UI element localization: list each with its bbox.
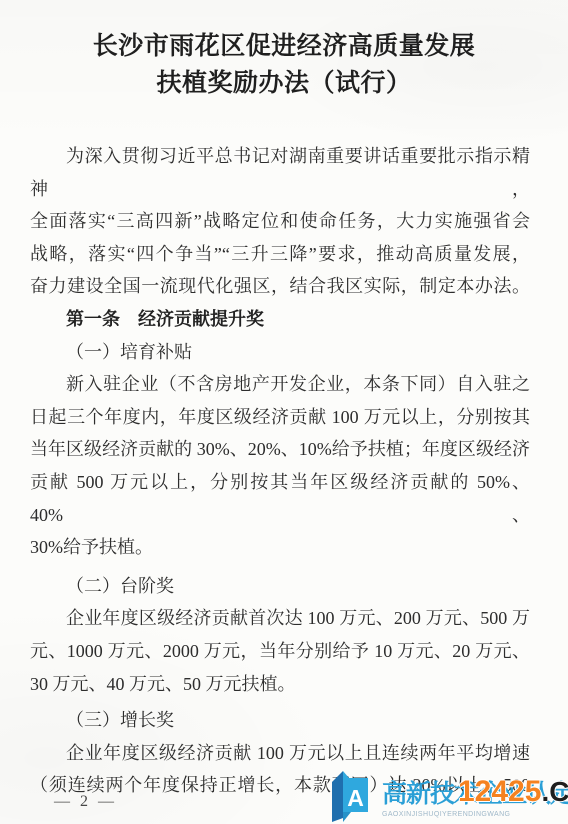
item-1-line: 新入驻企业（不含房地产开发企业，本条下同）自入驻之 (30, 368, 530, 401)
item-2-line: 企业年度区级经济贡献首次达 100 万元、200 万元、500 万 (30, 602, 530, 635)
intro-line: 奋力建设全国一流现代化强区，结合我区实际，制定本办法。 (30, 270, 530, 303)
article-1-heading: 第一条 经济贡献提升奖 (30, 303, 530, 336)
intro-line: 为深入贯彻习近平总书记对湖南重要讲话重要批示指示精神， (30, 140, 530, 205)
item-1-line: 日起三个年度内，年度区级经济贡献 100 万元以上，分别按其 (30, 401, 530, 434)
item-3-line: 企业年度区级经济贡献 100 万元以上且连续两年平均增速 (30, 737, 530, 770)
watermark: A 高新技术企业认定网 12425.CN GAOXINJISHUQIYEREND… (329, 769, 568, 822)
item-1-line: 贡献 500 万元以上，分别按其当年区级经济贡献的 50%、40%、 (30, 466, 530, 531)
watermark-domain-suffix: .CN (541, 776, 568, 807)
intro-line: 全面落实“三高四新”战略定位和使命任务，大力实施强省会 (30, 205, 530, 238)
intro-line: 战略，落实“四个争当”“三升三降”要求，推动高质量发展， (30, 238, 530, 271)
watermark-domain: 12425.CN (458, 776, 568, 808)
watermark-text: 高新技术企业认定网 12425.CN GAOXINJISHUQIYERENDIN… (382, 769, 568, 818)
watermark-caption: GAOXINJISHUQIYERENDINGWANG (382, 811, 568, 818)
watermark-domain-number: 12425 (458, 775, 541, 808)
item-1-line: 30%给予扶植。 (30, 531, 530, 564)
item-2-line: 30 万元、40 万元、50 万元扶植。 (30, 668, 530, 701)
logo-letter: A (347, 785, 364, 811)
item-1-heading: （一）培育补贴 (30, 336, 530, 369)
document-title: 长沙市雨花区促进经济高质量发展 扶植奖励办法（试行） (0, 28, 568, 102)
scanned-document-page: 长沙市雨花区促进经济高质量发展 扶植奖励办法（试行） 为深入贯彻习近平总书记对湖… (0, 0, 568, 824)
item-1-line: 当年区级经济贡献的 30%、20%、10%给予扶植；年度区级经济 (30, 433, 530, 466)
item-3-heading: （三）增长奖 (30, 704, 530, 737)
site-logo-icon: A (329, 769, 373, 822)
document-body: 为深入贯彻习近平总书记对湖南重要讲话重要批示指示精神， 全面落实“三高四新”战略… (30, 140, 530, 802)
item-2-heading: （二）台阶奖 (30, 570, 530, 603)
page-number: — 2 — (54, 793, 117, 811)
title-line-1: 长沙市雨花区促进经济高质量发展 (0, 28, 568, 65)
title-line-2: 扶植奖励办法（试行） (0, 65, 568, 102)
item-2-line: 元、1000 万元、2000 万元，当年分别给予 10 万元、20 万元、 (30, 635, 530, 668)
